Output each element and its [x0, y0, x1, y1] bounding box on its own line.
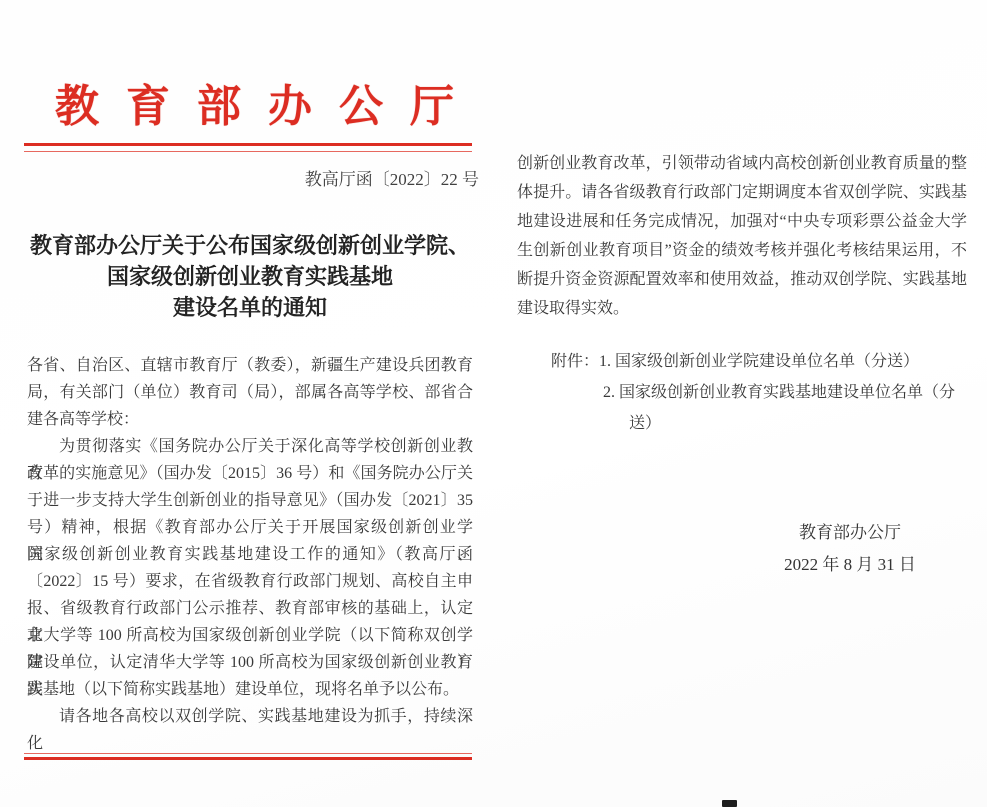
right-page-body: 创新创业教育改革，引领带动省域内高校创新创业教育质量的整 体提升。请各省级教育行… — [517, 149, 967, 323]
body-line: 京大学等 100 所高校为国家级创新创业学院（以下简称双创学院） — [27, 622, 473, 649]
signature-block: 教育部办公厅 2022 年 8 月 31 日 — [760, 517, 940, 581]
body-line: 断提升资金资源配置效率和使用效益，推动双创学院、实践基地 — [517, 265, 967, 294]
attachment-line-1: 附件：1. 国家级创新创业学院建设单位名单（分送） — [517, 346, 967, 377]
body-line: 号）精神，根据《教育部办公厅关于开展国家级创新创业学院、 — [27, 514, 473, 541]
attachment-line-3: 送） — [517, 408, 967, 439]
body-line: 〔2022〕15 号）要求，在省级教育行政部门规划、高校自主申 — [27, 568, 473, 595]
body-line: 各省、自治区、直辖市教育厅（教委），新疆生产建设兵团教育 — [27, 352, 473, 379]
signature-org: 教育部办公厅 — [760, 517, 940, 549]
signature-date: 2022 年 8 月 31 日 — [760, 549, 940, 581]
body-line: 地建设进展和任务完成情况，加强对“中央专项彩票公益金大学 — [517, 207, 967, 236]
attachment-line-2: 2. 国家级创新创业教育实践基地建设单位名单（分 — [517, 377, 967, 408]
body-line: 请各地各高校以双创学院、实践基地建设为抓手，持续深化 — [27, 703, 473, 730]
body-line: 建设单位，认定清华大学等 100 所高校为国家级创新创业教育实 — [27, 649, 473, 676]
notice-title: 教育部办公厅关于公布国家级创新创业学院、 国家级创新创业教育实践基地 建设名单的… — [27, 230, 473, 323]
notice-title-line-2: 国家级创新创业教育实践基地 — [27, 261, 473, 292]
left-page-body: 各省、自治区、直辖市教育厅（教委），新疆生产建设兵团教育 局，有关部门（单位）教… — [27, 352, 473, 730]
body-line: 国家级创新创业教育实践基地建设工作的通知》（教高厅函 — [27, 541, 473, 568]
notice-title-line-3: 建设名单的通知 — [27, 292, 473, 323]
body-line: 改革的实施意见》（国办发〔2015〕36 号）和《国务院办公厅关 — [27, 460, 473, 487]
attachments-list: 附件：1. 国家级创新创业学院建设单位名单（分送） 2. 国家级创新创业教育实践… — [517, 346, 967, 439]
letterhead-rule-thick — [24, 143, 472, 146]
footer-rule-thick — [24, 757, 472, 760]
body-line: 体提升。请各省级教育行政部门定期调度本省双创学院、实践基 — [517, 178, 967, 207]
body-line: 创新创业教育改革，引领带动省域内高校创新创业教育质量的整 — [517, 149, 967, 178]
notice-title-line-1: 教育部办公厅关于公布国家级创新创业学院、 — [27, 230, 473, 261]
document-scan: 教育部办公厅 教高厅函〔2022〕22 号 教育部办公厅关于公布国家级创新创业学… — [0, 0, 987, 807]
letterhead-title: 教育部办公厅 — [55, 80, 481, 134]
letterhead-rule-thin — [24, 151, 472, 152]
body-line: 为贯彻落实《国务院办公厅关于深化高等学校创新创业教育 — [27, 433, 473, 460]
footer-rule-thin — [24, 753, 472, 754]
body-line: 践基地（以下简称实践基地）建设单位，现将名单予以公布。 — [27, 676, 473, 703]
page-number-mark — [722, 800, 737, 807]
body-line: 建各高等学校： — [27, 406, 473, 433]
document-number: 教高厅函〔2022〕22 号 — [24, 169, 479, 191]
body-line: 生创新创业教育项目”资金的绩效考核并强化考核结果运用，不 — [517, 236, 967, 265]
body-line: 建设取得实效。 — [517, 294, 967, 323]
body-line: 局，有关部门（单位）教育司（局），部属各高等学校、部省合 — [27, 379, 473, 406]
body-line: 报、省级教育行政部门公示推荐、教育部审核的基础上，认定北 — [27, 595, 473, 622]
body-line: 于进一步支持大学生创新创业的指导意见》（国办发〔2021〕35 — [27, 487, 473, 514]
